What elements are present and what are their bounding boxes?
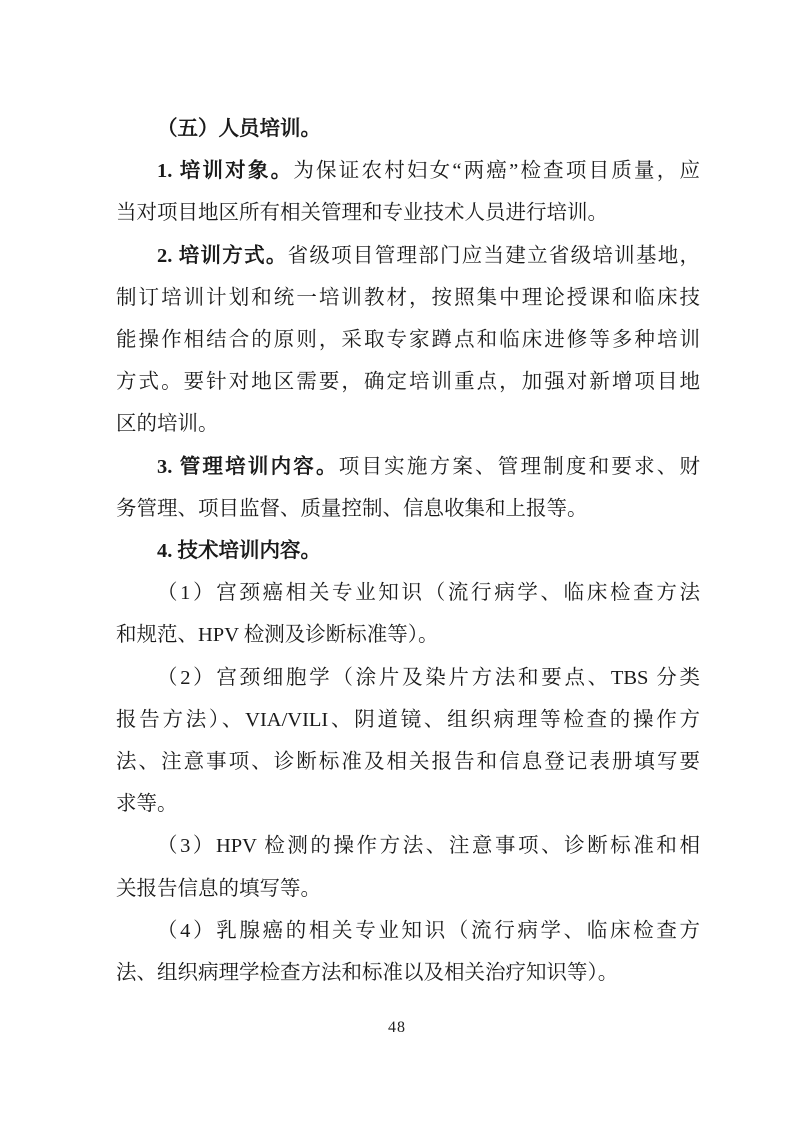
paragraph-item-3-hpv-testing: （3）HPV 检测的操作方法、注意事项、诊断标准和相 关报告信息的填写等。	[116, 825, 700, 909]
page-footer: 48	[0, 1019, 794, 1037]
paragraph-item-2-cervical-cytology: （2）宫颈细胞学（涂片及染片方法和要点、TBS 分类 报告方法）、VIA/VIL…	[116, 657, 700, 826]
text-line: 和规范、HPV 检测及诊断标准等）。	[116, 614, 700, 656]
text-line: 制订培训计划和统一培训教材，按照集中理论授课和临床技	[116, 277, 700, 319]
text-line: 2. 培训方式。省级项目管理部门应当建立省级培训基地，	[116, 235, 700, 277]
text-line: （4）乳腺癌的相关专业知识（流行病学、临床检查方	[116, 910, 700, 952]
paragraph-training-methods: 2. 培训方式。省级项目管理部门应当建立省级培训基地， 制订培训计划和统一培训教…	[116, 235, 700, 446]
paragraph-item-4-breast-cancer-knowledge: （4）乳腺癌的相关专业知识（流行病学、临床检查方 法、组织病理学检查方法和标准以…	[116, 910, 700, 994]
text-line: 3. 管理培训内容。项目实施方案、管理制度和要求、财	[116, 446, 700, 488]
paragraph-technical-training-content: 4. 技术培训内容。	[116, 530, 700, 572]
text-line: 报告方法）、VIA/VILI、阴道镜、组织病理等检查的操作方	[116, 699, 700, 741]
text-line: 求等。	[116, 783, 700, 825]
text-line: 关报告信息的填写等。	[116, 868, 700, 910]
paragraph-management-training-content: 3. 管理培训内容。项目实施方案、管理制度和要求、财 务管理、项目监督、质量控制…	[116, 446, 700, 530]
text-line: 4. 技术培训内容。	[116, 530, 700, 572]
text-line: （3）HPV 检测的操作方法、注意事项、诊断标准和相	[116, 825, 700, 867]
paragraph-training-targets: 1. 培训对象。为保证农村妇女“两癌”检查项目质量，应 当对项目地区所有相关管理…	[116, 150, 700, 234]
bold-run: 2. 培训方式。	[157, 245, 288, 267]
bold-run: 1. 培训对象。	[157, 160, 293, 182]
text-line: 1. 培训对象。为保证农村妇女“两癌”检查项目质量，应	[116, 150, 700, 192]
text-line: 方式。要针对地区需要，确定培训重点，加强对新增项目地	[116, 361, 700, 403]
text-line: 区的培训。	[116, 403, 700, 445]
bold-run: 4. 技术培训内容。	[157, 540, 321, 562]
section-heading: （五）人员培训。	[116, 108, 700, 150]
text-run: 省级项目管理部门应当建立省级培训基地，	[288, 245, 700, 267]
page-content: （五）人员培训。 1. 培训对象。为保证农村妇女“两癌”检查项目质量，应 当对项…	[116, 108, 700, 994]
page-number: 48	[388, 1019, 406, 1036]
text-line: （2）宫颈细胞学（涂片及染片方法和要点、TBS 分类	[116, 657, 700, 699]
text-line: （1）宫颈癌相关专业知识（流行病学、临床检查方法	[116, 572, 700, 614]
text-run: 项目实施方案、管理制度和要求、财	[339, 456, 700, 478]
text-line: 能操作相结合的原则，采取专家蹲点和临床进修等多种培训	[116, 319, 700, 361]
text-line: 当对项目地区所有相关管理和专业技术人员进行培训。	[116, 192, 700, 234]
text-line: 法、组织病理学检查方法和标准以及相关治疗知识等）。	[116, 952, 700, 994]
text-line: 务管理、项目监督、质量控制、信息收集和上报等。	[116, 488, 700, 530]
text-run: 为保证农村妇女“两癌”检查项目质量，应	[293, 160, 700, 182]
bold-run: 3. 管理培训内容。	[157, 456, 339, 478]
document-page: （五）人员培训。 1. 培训对象。为保证农村妇女“两癌”检查项目质量，应 当对项…	[0, 0, 794, 1122]
paragraph-item-1-cervical-cancer-knowledge: （1）宫颈癌相关专业知识（流行病学、临床检查方法 和规范、HPV 检测及诊断标准…	[116, 572, 700, 656]
text-line: 法、注意事项、诊断标准及相关报告和信息登记表册填写要	[116, 741, 700, 783]
